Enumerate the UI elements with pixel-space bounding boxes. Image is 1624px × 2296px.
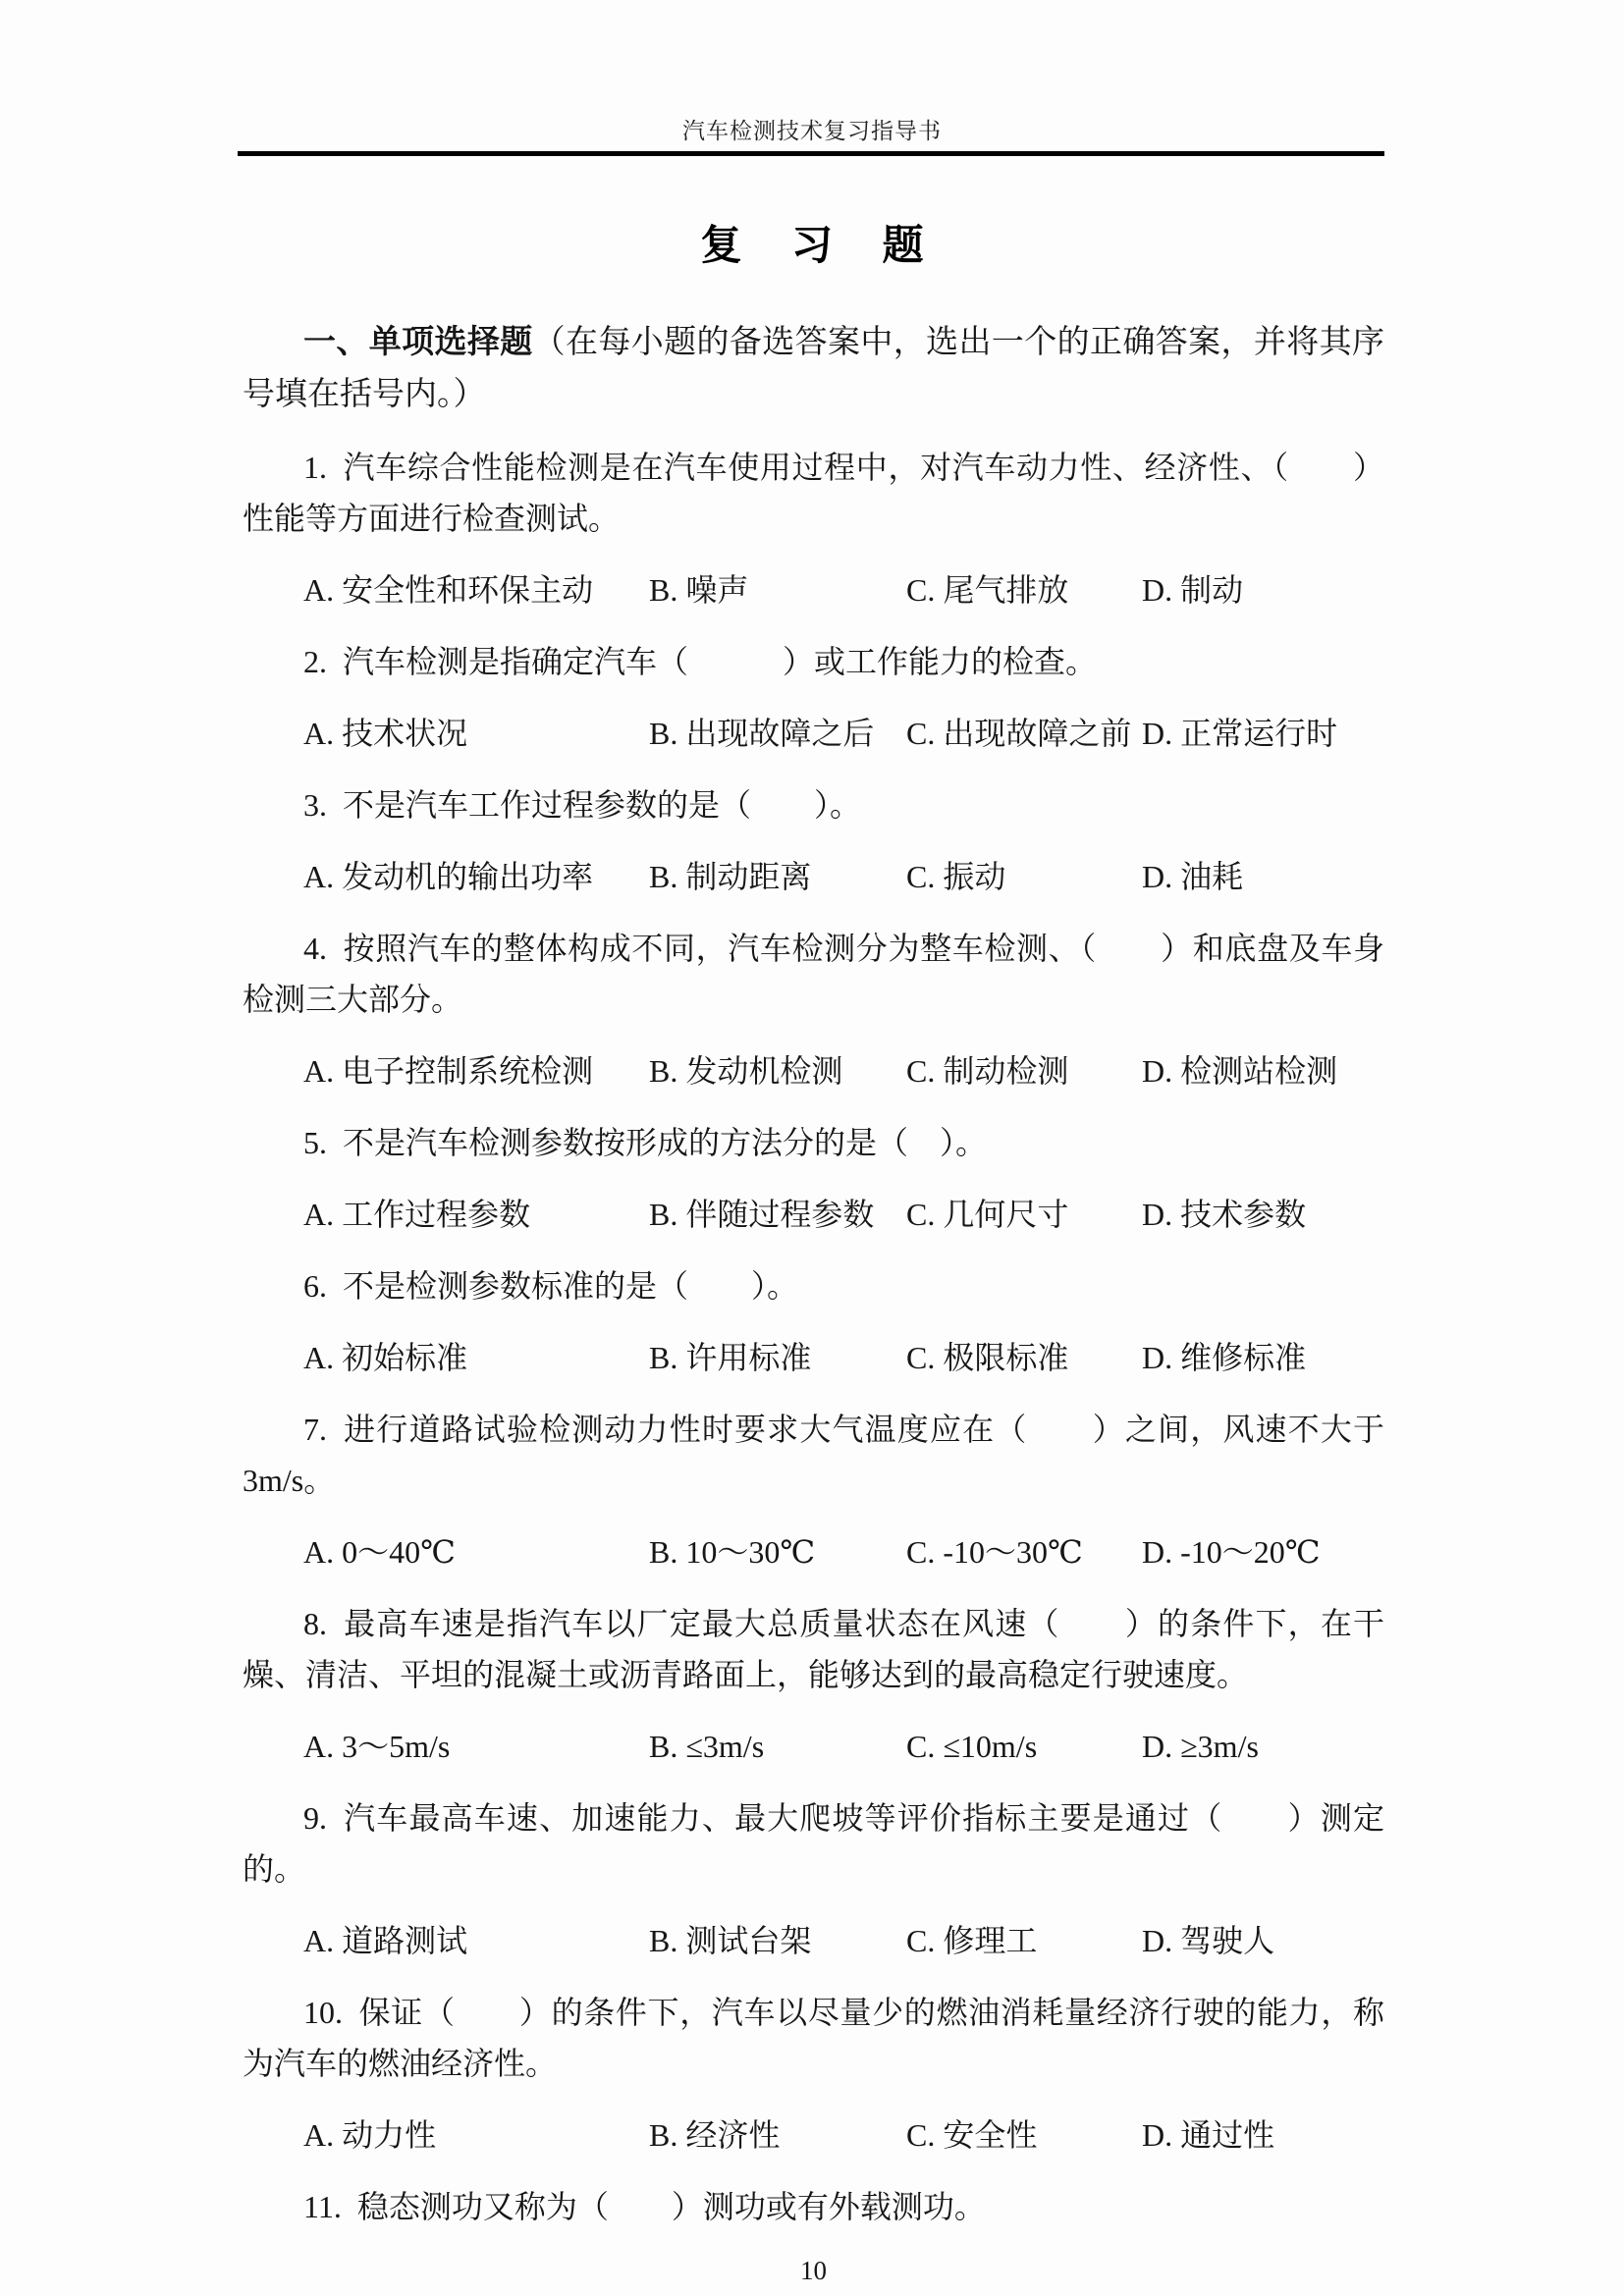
page-number: 10 <box>243 2256 1384 2285</box>
question-number: 8. <box>303 1606 327 1641</box>
question-number: 7. <box>303 1412 327 1447</box>
question-4-options: A. 电子控制系统检测 B. 发动机检测 C. 制动检测 D. 检测站检测 <box>243 1045 1384 1096</box>
question-6: 6.不是检测参数标准的是（ ）。 <box>243 1260 1384 1311</box>
question-text: 保证（ ）的条件下，汽车以尽量少的燃油消耗量经济行驶的能力，称为汽车的燃油经济性… <box>243 1995 1384 2081</box>
question-3-options: A. 发动机的输出功率 B. 制动距离 C. 振动 D. 油耗 <box>243 851 1384 902</box>
option-d: D. 通过性 <box>1142 2109 1384 2161</box>
option-a: A. 发动机的输出功率 <box>303 851 649 902</box>
question-text: 不是检测参数标准的是（ ）。 <box>343 1268 798 1304</box>
option-d: D. 油耗 <box>1142 851 1384 902</box>
section-label: 一、单项选择题 <box>303 325 533 360</box>
option-d: D. 技术参数 <box>1142 1189 1384 1240</box>
question-text: 不是汽车检测参数按形成的方法分的是（ ）。 <box>343 1125 987 1160</box>
question-text: 汽车检测是指确定汽车（ ）或工作能力的检查。 <box>343 644 1097 679</box>
document-body: 一、单项选择题（在每小题的备选答案中，选出一个的正确答案，并将其序号填在括号内。… <box>243 317 1384 2285</box>
question-5-options: A. 工作过程参数 B. 伴随过程参数 C. 几何尺寸 D. 技术参数 <box>243 1189 1384 1240</box>
running-header: 汽车检测技术复习指导书 <box>0 0 1624 145</box>
question-1-options: A. 安全性和环保主动 B. 噪声 C. 尾气排放 D. 制动 <box>243 564 1384 615</box>
option-b: B. 测试台架 <box>649 1915 906 1966</box>
option-a: A. 技术状况 <box>303 708 649 759</box>
page-title: 复 习 题 <box>0 219 1624 274</box>
question-number: 5. <box>303 1125 327 1160</box>
option-b: B. 许用标准 <box>649 1332 906 1383</box>
question-text: 最高车速是指汽车以厂定最大总质量状态在风速（ ）的条件下，在干燥、清洁、平坦的混… <box>243 1606 1384 1692</box>
question-1: 1.汽车综合性能检测是在汽车使用过程中，对汽车动力性、经济性、（ ）性能等方面进… <box>243 442 1384 544</box>
document-page: 汽车检测技术复习指导书 复 习 题 一、单项选择题（在每小题的备选答案中，选出一… <box>0 0 1624 2296</box>
option-a: A. 0～40℃ <box>303 1526 649 1577</box>
option-d: D. 正常运行时 <box>1142 708 1384 759</box>
option-c: C. 振动 <box>906 851 1142 902</box>
option-d: D. 检测站检测 <box>1142 1045 1384 1096</box>
option-a: A. 工作过程参数 <box>303 1189 649 1240</box>
question-number: 3. <box>303 787 327 823</box>
option-c: C. 极限标准 <box>906 1332 1142 1383</box>
option-c: C. 制动检测 <box>906 1045 1142 1096</box>
option-b: B. 经济性 <box>649 2109 906 2161</box>
question-8: 8.最高车速是指汽车以厂定最大总质量状态在风速（ ）的条件下，在干燥、清洁、平坦… <box>243 1598 1384 1700</box>
option-d: D. ≥3m/s <box>1142 1721 1384 1772</box>
option-b: B. 出现故障之后 <box>649 708 906 759</box>
question-number: 4. <box>303 931 327 966</box>
question-10: 10.保证（ ）的条件下，汽车以尽量少的燃油消耗量经济行驶的能力，称为汽车的燃油… <box>243 1987 1384 2089</box>
question-10-options: A. 动力性 B. 经济性 C. 安全性 D. 通过性 <box>243 2109 1384 2161</box>
option-a: A. 电子控制系统检测 <box>303 1045 649 1096</box>
question-number: 1. <box>303 450 327 485</box>
question-3: 3.不是汽车工作过程参数的是（ ）。 <box>243 779 1384 830</box>
question-number: 11. <box>303 2189 342 2224</box>
option-b: B. ≤3m/s <box>649 1721 906 1772</box>
section-heading: 一、单项选择题（在每小题的备选答案中，选出一个的正确答案，并将其序号填在括号内。… <box>243 317 1384 421</box>
option-c: C. 安全性 <box>906 2109 1142 2161</box>
question-number: 9. <box>303 1800 327 1836</box>
question-text: 不是汽车工作过程参数的是（ ）。 <box>343 787 861 823</box>
option-b: B. 制动距离 <box>649 851 906 902</box>
question-number: 6. <box>303 1268 327 1304</box>
question-9: 9.汽车最高车速、加速能力、最大爬坡等评价指标主要是通过（ ）测定的。 <box>243 1792 1384 1895</box>
header-rule <box>238 151 1384 156</box>
option-d: D. 制动 <box>1142 564 1384 615</box>
question-6-options: A. 初始标准 B. 许用标准 C. 极限标准 D. 维修标准 <box>243 1332 1384 1383</box>
question-text: 汽车最高车速、加速能力、最大爬坡等评价指标主要是通过（ ）测定的。 <box>243 1800 1384 1887</box>
option-a: A. 动力性 <box>303 2109 649 2161</box>
option-c: C. 修理工 <box>906 1915 1142 1966</box>
question-2: 2.汽车检测是指确定汽车（ ）或工作能力的检查。 <box>243 636 1384 687</box>
question-4: 4.按照汽车的整体构成不同，汽车检测分为整车检测、（ ）和底盘及车身检测三大部分… <box>243 923 1384 1025</box>
option-c: C. 几何尺寸 <box>906 1189 1142 1240</box>
question-text: 按照汽车的整体构成不同，汽车检测分为整车检测、（ ）和底盘及车身检测三大部分。 <box>243 931 1384 1017</box>
option-b: B. 伴随过程参数 <box>649 1189 906 1240</box>
question-5: 5.不是汽车检测参数按形成的方法分的是（ ）。 <box>243 1117 1384 1168</box>
option-c: C. 出现故障之前 <box>906 708 1142 759</box>
question-text: 稳态测功又称为（ ）测功或有外载测功。 <box>357 2189 986 2224</box>
option-b: B. 噪声 <box>649 564 906 615</box>
question-8-options: A. 3～5m/s B. ≤3m/s C. ≤10m/s D. ≥3m/s <box>243 1721 1384 1772</box>
question-9-options: A. 道路测试 B. 测试台架 C. 修理工 D. 驾驶人 <box>243 1915 1384 1966</box>
option-b: B. 发动机检测 <box>649 1045 906 1096</box>
question-number: 2. <box>303 644 327 679</box>
option-c: C. 尾气排放 <box>906 564 1142 615</box>
option-c: C. ≤10m/s <box>906 1721 1142 1772</box>
option-d: D. -10～20℃ <box>1142 1526 1384 1577</box>
option-a: A. 安全性和环保主动 <box>303 564 649 615</box>
option-d: D. 维修标准 <box>1142 1332 1384 1383</box>
question-text: 进行道路试验检测动力性时要求大气温度应在（ ）之间，风速不大于 3m/s。 <box>243 1412 1384 1498</box>
option-d: D. 驾驶人 <box>1142 1915 1384 1966</box>
question-7-options: A. 0～40℃ B. 10～30℃ C. -10～30℃ D. -10～20℃ <box>243 1526 1384 1577</box>
question-7: 7.进行道路试验检测动力性时要求大气温度应在（ ）之间，风速不大于 3m/s。 <box>243 1404 1384 1506</box>
question-text: 汽车综合性能检测是在汽车使用过程中，对汽车动力性、经济性、（ ）性能等方面进行检… <box>243 450 1384 536</box>
option-c: C. -10～30℃ <box>906 1526 1142 1577</box>
question-2-options: A. 技术状况 B. 出现故障之后 C. 出现故障之前 D. 正常运行时 <box>243 708 1384 759</box>
option-a: A. 初始标准 <box>303 1332 649 1383</box>
option-a: A. 道路测试 <box>303 1915 649 1966</box>
question-number: 10. <box>303 1995 343 2030</box>
option-a: A. 3～5m/s <box>303 1721 649 1772</box>
option-b: B. 10～30℃ <box>649 1526 906 1577</box>
question-11: 11.稳态测功又称为（ ）测功或有外载测功。 <box>243 2181 1384 2232</box>
